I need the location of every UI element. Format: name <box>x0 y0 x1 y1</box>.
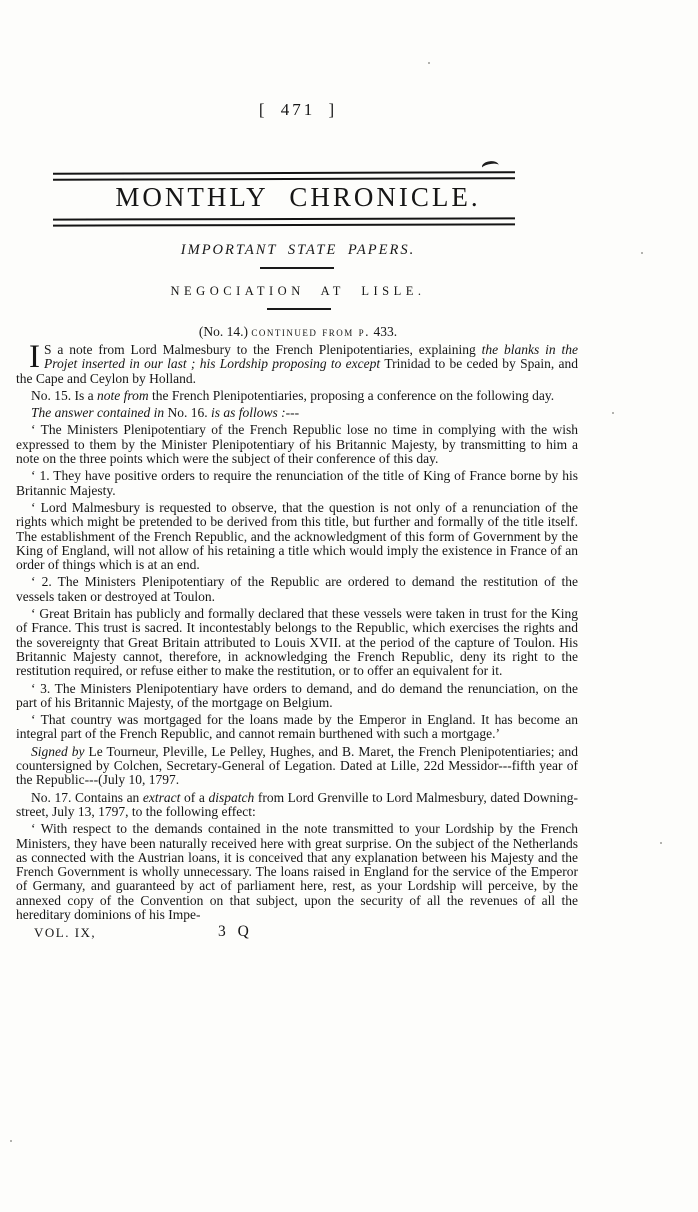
signature-mark: 3 Q <box>218 925 253 939</box>
body-paragraph: No. 15. Is a note from the French Plenip… <box>16 389 578 403</box>
continuation-note: (No. 14.) continued from p. 433. <box>15 324 581 340</box>
body-paragraph: ‘ 2. The Ministers Plenipotentiary of th… <box>16 575 578 604</box>
body-paragraph: ‘ That country was mortgaged for the loa… <box>16 713 578 742</box>
body-paragraph: No. 17. Contains an extract of a dispatc… <box>16 791 578 820</box>
scan-speck <box>428 62 430 64</box>
scan-speck <box>660 842 662 844</box>
masthead-title: MONTHLY CHRONICLE. <box>15 182 581 213</box>
scan-speck <box>612 412 614 414</box>
body-paragraph: ‘ 3. The Ministers Plenipotentiary have … <box>16 682 578 711</box>
bottom-double-rule <box>53 217 515 226</box>
continuation-text: continued from p. <box>251 324 370 339</box>
article-title: NEGOCIATION AT LISLE. <box>15 284 581 299</box>
section-divider-rule <box>260 267 334 269</box>
continuation-page-ref: 433. <box>373 324 397 339</box>
body-paragraph: ‘ Great Britain has publicly and formall… <box>16 607 578 678</box>
page-number: [ 471 ] <box>15 100 581 120</box>
scanned-document-page: [ 471 ] MONTHLY CHRONICLE. IMPORTANT STA… <box>0 0 698 1212</box>
scan-speck <box>641 252 643 254</box>
body-paragraph: ‘ 1. They have positive orders to requir… <box>16 469 578 498</box>
scan-speck <box>10 1140 12 1142</box>
drop-cap: I <box>29 344 40 371</box>
article-divider-rule <box>267 308 331 310</box>
body-paragraph: ‘ Lord Malmesbury is requested to observ… <box>16 501 578 572</box>
body-paragraph: The answer contained in No. 16. is as fo… <box>16 406 578 420</box>
section-title: IMPORTANT STATE PAPERS. <box>15 242 581 259</box>
top-double-rule <box>53 171 515 181</box>
body-text: IS a note from Lord Malmesbury to the Fr… <box>16 343 578 947</box>
volume-label: VOL. IX, <box>34 926 96 940</box>
body-paragraph: IS a note from Lord Malmesbury to the Fr… <box>16 343 578 386</box>
body-paragraph: ‘ The Ministers Plenipotentiary of the F… <box>16 423 578 466</box>
body-paragraph: Signed by Le Tourneur, Pleville, Le Pell… <box>16 745 578 788</box>
page-footer: VOL. IX, 3 Q <box>16 925 578 947</box>
continuation-number: (No. 14.) <box>199 324 248 339</box>
body-paragraph: ‘ With respect to the demands contained … <box>16 822 578 922</box>
